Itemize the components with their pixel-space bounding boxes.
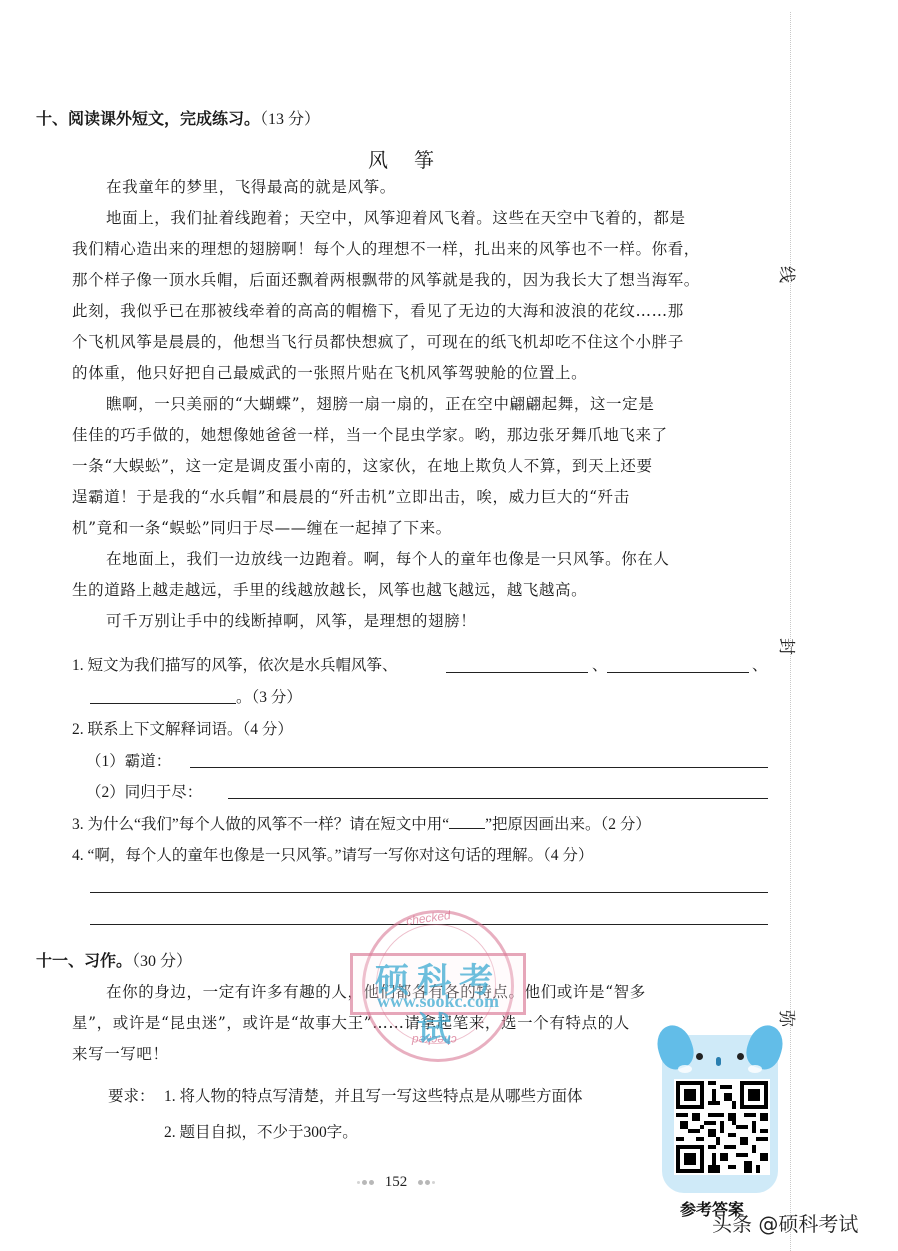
right-eye-icon: [737, 1053, 744, 1060]
binding-char-feng: 封: [776, 638, 801, 655]
question-3-text-before: 3. 为什么“我们”每个人做的风筝不一样？请在短文中用“: [72, 816, 449, 833]
q4-answer-line-1[interactable]: [90, 892, 768, 893]
passage-line: 此刻，我似乎已在那被线牵着的高高的帽檐下，看见了无边的大海和波浪的花纹……那: [72, 296, 770, 327]
question-3-text-after: ”把原因画出来。（2 分）: [485, 816, 651, 833]
passage-line: 个飞机风筝是晨晨的，他想当飞行员都快想疯了，可现在的纸飞机却吃不住这个小胖子: [72, 327, 770, 358]
q1-separator: 、: [592, 653, 608, 675]
passage-line: 一条“大蜈蚣”，这一定是调皮蛋小南的，这家伙，在地上欺负人不算，到天上还要: [72, 451, 770, 482]
underline-sample: [449, 814, 485, 829]
q2a-answer-line[interactable]: [190, 767, 768, 768]
section-10-heading: 十、阅读课外短文，完成练习。（13 分）: [36, 106, 320, 129]
passage-title: 风筝: [368, 144, 460, 173]
question-2: 2. 联系上下文解释词语。（4 分）: [72, 717, 293, 739]
requirements-label: 要求：: [108, 1084, 155, 1106]
decor-dot: [425, 1180, 430, 1185]
binding-char-xian: 线: [776, 266, 801, 283]
question-1: 1. 短文为我们描写的风筝，依次是水兵帽风筝、: [72, 653, 398, 675]
passage-line: 在我童年的梦里，飞得最高的就是风筝。: [72, 172, 770, 203]
stamp-url: www.sookc.com: [358, 991, 518, 1012]
binding-dotted-line: [790, 12, 791, 1251]
passage-line: 瞧啊，一只美丽的“大蝴蝶”，翅膀一扇一扇的，正在空中翩翩起舞，这一定是: [72, 389, 770, 420]
page-number-text: 152: [385, 1174, 408, 1190]
q1-end: 。（3 分）: [236, 685, 302, 707]
requirement-2: 2. 题目自拟，不少于300字。: [164, 1120, 358, 1142]
q2b-answer-line[interactable]: [228, 798, 768, 799]
passage-line: 佳佳的巧手做的，她想像她爸爸一样，当一个昆虫学家。哟，那边张牙舞爪地飞来了: [72, 420, 770, 451]
question-3: 3. 为什么“我们”每个人做的风筝不一样？请在短文中用“”把原因画出来。（2 分…: [72, 812, 651, 834]
passage-line: 地面上，我们扯着线跑着；天空中，风筝迎着风飞着。这些在天空中飞着的，都是: [72, 203, 770, 234]
checked-stamp: checked checked 硕科考试 www.sookc.com: [350, 905, 520, 1070]
decor-dot: [362, 1180, 367, 1185]
passage-line: 逞霸道！于是我的“水兵帽”和晨晨的“歼击机”立即出击，唉，威力巨大的“歼击: [72, 482, 770, 513]
decor-dot: [432, 1181, 435, 1184]
decor-dot: [418, 1180, 423, 1185]
question-2a-label: （1）霸道：: [86, 749, 171, 771]
question-1-text: 1. 短文为我们描写的风筝，依次是水兵帽风筝、: [72, 657, 398, 674]
passage-line: 那个样子像一顶水兵帽，后面还飘着两根飘带的风筝就是我的，因为我长大了想当海军。: [72, 265, 770, 296]
q1-answer-blank-2[interactable]: [607, 672, 749, 673]
cheek-icon: [748, 1065, 762, 1073]
passage-line: 可千万别让手中的线断掉啊，风筝，是理想的翅膀！: [72, 606, 770, 637]
nose-icon: [716, 1057, 721, 1066]
passage-body: 在我童年的梦里，飞得最高的就是风筝。 地面上，我们扯着线跑着；天空中，风筝迎着风…: [72, 172, 770, 637]
answer-qr-card[interactable]: [658, 1025, 782, 1193]
passage-line: 的体重，他只好把自己最威武的一张照片贴在飞机风筝驾驶舱的位置上。: [72, 358, 770, 389]
question-2b-label: （2）同归于尽：: [86, 780, 202, 802]
passage-line: 机”竟和一条“蜈蚣”同归于尽——缠在一起掉了下来。: [72, 513, 770, 544]
q1-answer-blank-1[interactable]: [446, 672, 588, 673]
section-10-score: （13 分）: [260, 111, 320, 128]
q1-answer-blank-3[interactable]: [90, 703, 236, 704]
section-11-score: （30 分）: [132, 953, 192, 970]
section-11-heading: 十一、习作。（30 分）: [36, 948, 192, 971]
passage-line: 生的道路上越走越远，手里的线越放越长，风筝也越飞越远，越飞越高。: [72, 575, 770, 606]
question-4: 4. “啊，每个人的童年也像是一只风筝。”请写一写你对这句话的理解。（4 分）: [72, 843, 593, 865]
passage-line: 在地面上，我们一边放线一边跑着。啊，每个人的童年也像是一只风筝。你在人: [72, 544, 770, 575]
passage-line: 我们精心造出来的理想的翅膀啊！每个人的理想不一样，扎出来的风筝也不一样。你看，: [72, 234, 770, 265]
decor-dot: [357, 1181, 360, 1184]
cheek-icon: [678, 1065, 692, 1073]
decor-dot: [369, 1180, 374, 1185]
page-number: 152: [356, 1174, 436, 1191]
left-eye-icon: [696, 1053, 703, 1060]
source-watermark: 头条 @硕科考试: [712, 1208, 858, 1237]
section-10-heading-text: 十、阅读课外短文，完成练习。: [36, 109, 260, 128]
requirement-1: 1. 将人物的特点写清楚，并且写一写这些特点是从哪些方面体: [164, 1084, 583, 1106]
q1-separator: 、: [752, 653, 768, 675]
qr-code-icon[interactable]: [674, 1079, 770, 1175]
section-11-heading-text: 十一、习作。: [36, 951, 132, 970]
